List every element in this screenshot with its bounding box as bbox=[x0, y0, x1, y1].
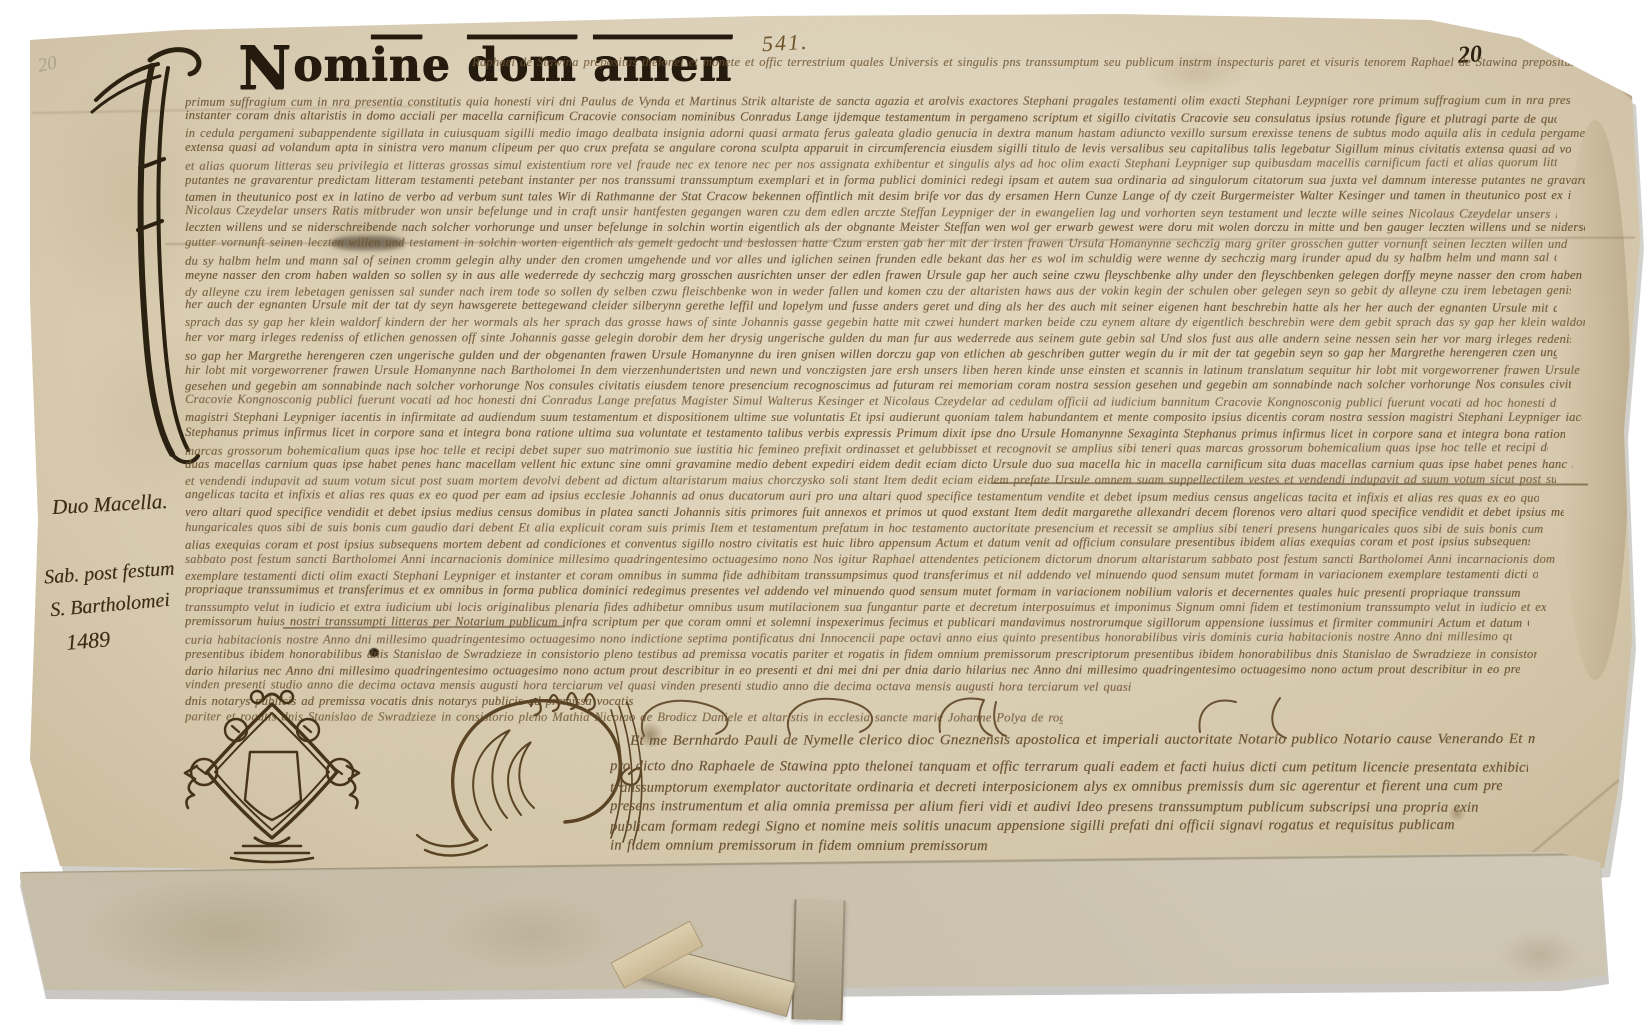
script-line: magistri Stephani Leypniger iacentis in … bbox=[185, 410, 1582, 426]
script-line: presentibus ibidem honorabilibus dnis St… bbox=[185, 647, 1537, 663]
script-line: sabbato post festum sancti Bartholomei A… bbox=[185, 552, 1555, 568]
notary-mark-drawing bbox=[183, 688, 361, 860]
script-line: sprach das sy gap her klein waldorf kind… bbox=[185, 315, 1585, 331]
attestation-line: transsumptorum exemplator auctoritate or… bbox=[610, 778, 1502, 798]
margin-note-date-line2: S. Bartholomei bbox=[49, 589, 171, 622]
folio-number-top: 541. bbox=[761, 29, 809, 57]
heading-capital-N: N bbox=[238, 33, 293, 104]
attestation-line: in fidem omnium premissorum in fidem omn… bbox=[610, 838, 1170, 857]
script-line: vero altari quod specifice vendidit et d… bbox=[185, 505, 1564, 521]
margin-note-year-1489: 1489 bbox=[65, 626, 111, 656]
attestation-line: Et me Bernhardo Pauli de Nymelle clerico… bbox=[630, 731, 1535, 751]
script-line: hir lobt mit vorgeworrener frawen Ursule… bbox=[185, 363, 1585, 379]
attestation-line: publicam formam redegi Signo et nomine m… bbox=[610, 817, 1458, 837]
script-line: Raphael de Stawina prepositus thelonei e… bbox=[472, 55, 1584, 71]
attestation-line: pro dicto dno Raphaele de Stawina ppto t… bbox=[610, 758, 1528, 778]
margin-note-date-line1: Sab. post festum bbox=[43, 557, 175, 589]
plica-stain bbox=[1500, 930, 1580, 980]
fold-line-bottom-right bbox=[1519, 779, 1620, 864]
script-line: in cedula pergameni subappendente sigill… bbox=[185, 126, 1585, 142]
pencil-folio-number: 20 bbox=[36, 52, 59, 77]
plica-stain bbox=[440, 896, 620, 972]
attestation-line: presens instrumentum et alia omnia premi… bbox=[610, 798, 1478, 818]
manuscript-scan: 20 541. 20 Nomine dom amen Raphael de St… bbox=[0, 0, 1649, 1025]
margin-note-duo-macella: Duo Macella. bbox=[51, 489, 168, 520]
script-line: putantes ne gravarentur predictam litter… bbox=[185, 173, 1585, 189]
plica-stain bbox=[85, 876, 365, 986]
script-line: leczten willens und se niderschreibende … bbox=[185, 220, 1585, 236]
script-line: duas macellas carnium quas ipse habet pe… bbox=[185, 457, 1573, 473]
script-line: meyne nasser den crom haben walden so so… bbox=[185, 268, 1585, 284]
script-line: transsumpto velut in iudicio et extra iu… bbox=[185, 600, 1546, 616]
